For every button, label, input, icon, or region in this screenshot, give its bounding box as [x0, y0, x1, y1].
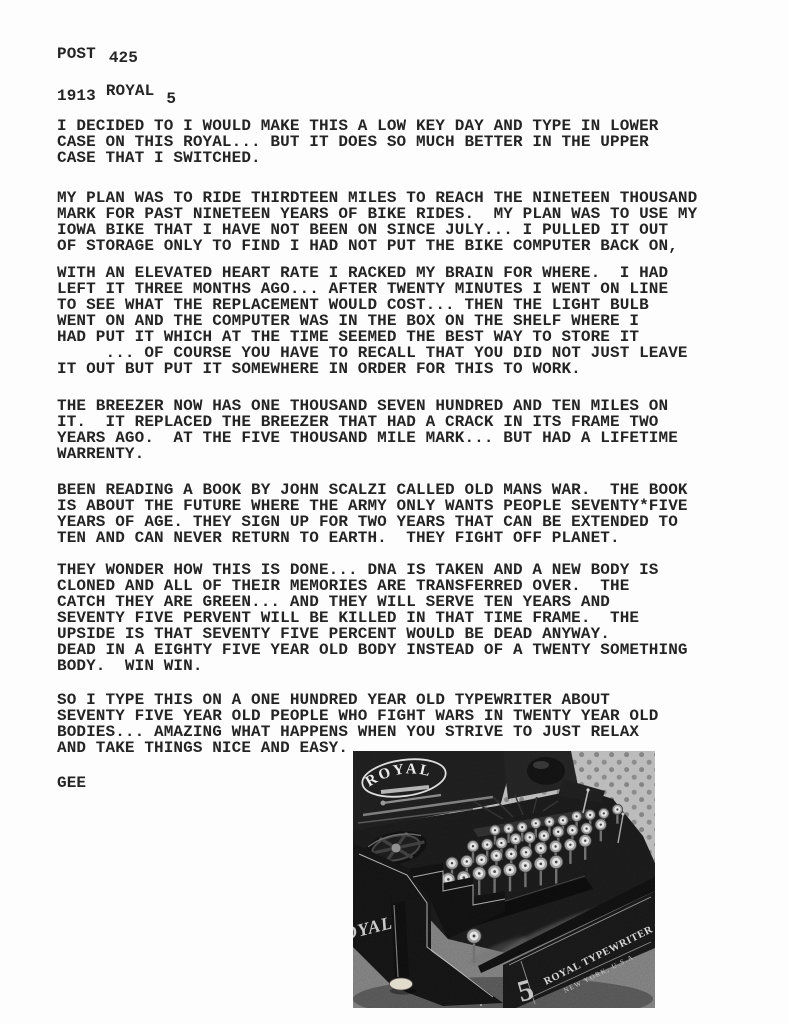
post-label: POST [57, 45, 96, 63]
scanned-page: POST425 1913ROYAL5 I DECIDED TO I WOULD … [0, 0, 789, 1024]
paragraph-5: BEEN READING A BOOK BY JOHN SCALZI CALLE… [57, 482, 737, 546]
machine-model: 5 [166, 91, 176, 107]
machine-header: 1913ROYAL5 [57, 88, 737, 104]
paragraph-6: THEY WONDER HOW THIS IS DONE... DNA IS T… [57, 562, 737, 674]
paragraph-1: I DECIDED TO I WOULD MAKE THIS A LOW KEY… [57, 118, 737, 166]
paragraph-4: THE BREEZER NOW HAS ONE THOUSAND SEVEN H… [57, 398, 737, 462]
machine-year: 1913 [57, 87, 96, 105]
typed-document: POST425 1913ROYAL5 I DECIDED TO I WOULD … [57, 46, 737, 791]
paragraph-2: MY PLAN WAS TO RIDE THIRDTEEN MILES TO R… [57, 190, 737, 254]
post-number: 425 [109, 50, 138, 66]
machine-name: ROYAL [106, 83, 155, 99]
paragraph-3: WITH AN ELEVATED HEART RATE I RACKED MY … [57, 265, 737, 377]
post-header: POST425 [57, 46, 737, 62]
typewriter-photo: ROYAL [353, 751, 655, 1008]
paragraph-7: SO I TYPE THIS ON A ONE HUNDRED YEAR OLD… [57, 692, 737, 756]
